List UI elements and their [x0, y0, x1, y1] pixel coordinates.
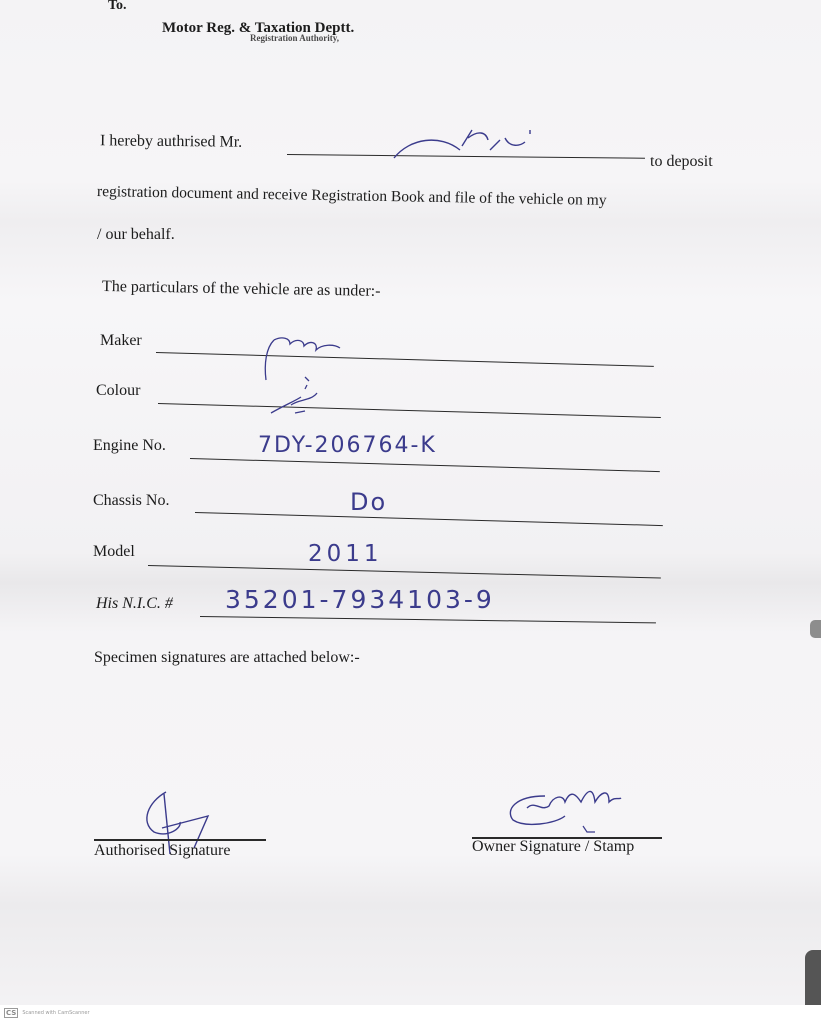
scanner-watermark: CS Scanned with CamScanner [4, 1008, 90, 1018]
field-label-nic: His N.I.C. # [96, 595, 173, 613]
addressee-line-2: Registration Authority, [250, 33, 339, 43]
field-value-model: 2011 [308, 541, 383, 567]
field-label-model: Model [93, 543, 135, 561]
authorised-signature-label: Authorised Signature [94, 842, 230, 860]
scanner-footer-strip [0, 1005, 821, 1024]
owner-signature-scribble [505, 782, 635, 842]
field-label-maker: Maker [100, 332, 142, 350]
authorise-suffix: to deposit [650, 153, 713, 171]
field-value-engine-no: 7DY-206764-K [258, 433, 437, 458]
field-label-colour: Colour [96, 382, 140, 400]
authorised-signature-line [94, 839, 266, 841]
paper-corner-shadow [805, 950, 821, 1005]
to-label: To. [108, 0, 127, 14]
field-value-colour-handwriting [265, 375, 335, 420]
authorised-person-name-handwriting [390, 128, 550, 168]
field-label-chassis-no: Chassis No. [93, 492, 169, 510]
field-value-nic: 35201-7934103-9 [225, 585, 495, 614]
scanner-watermark-text: Scanned with CamScanner [22, 1010, 89, 1016]
owner-signature-label: Owner Signature / Stamp [472, 838, 634, 856]
field-value-chassis-no: Do [350, 488, 387, 516]
authorise-prefix: I hereby authrised Mr. [100, 132, 242, 151]
authorise-line-3: / our behalf. [97, 226, 175, 244]
paper-tear-shadow [810, 620, 821, 638]
field-label-engine-no: Engine No. [93, 437, 166, 455]
specimen-signatures-text: Specimen signatures are attached below:- [94, 649, 360, 667]
camscanner-logo-icon: CS [4, 1008, 18, 1018]
